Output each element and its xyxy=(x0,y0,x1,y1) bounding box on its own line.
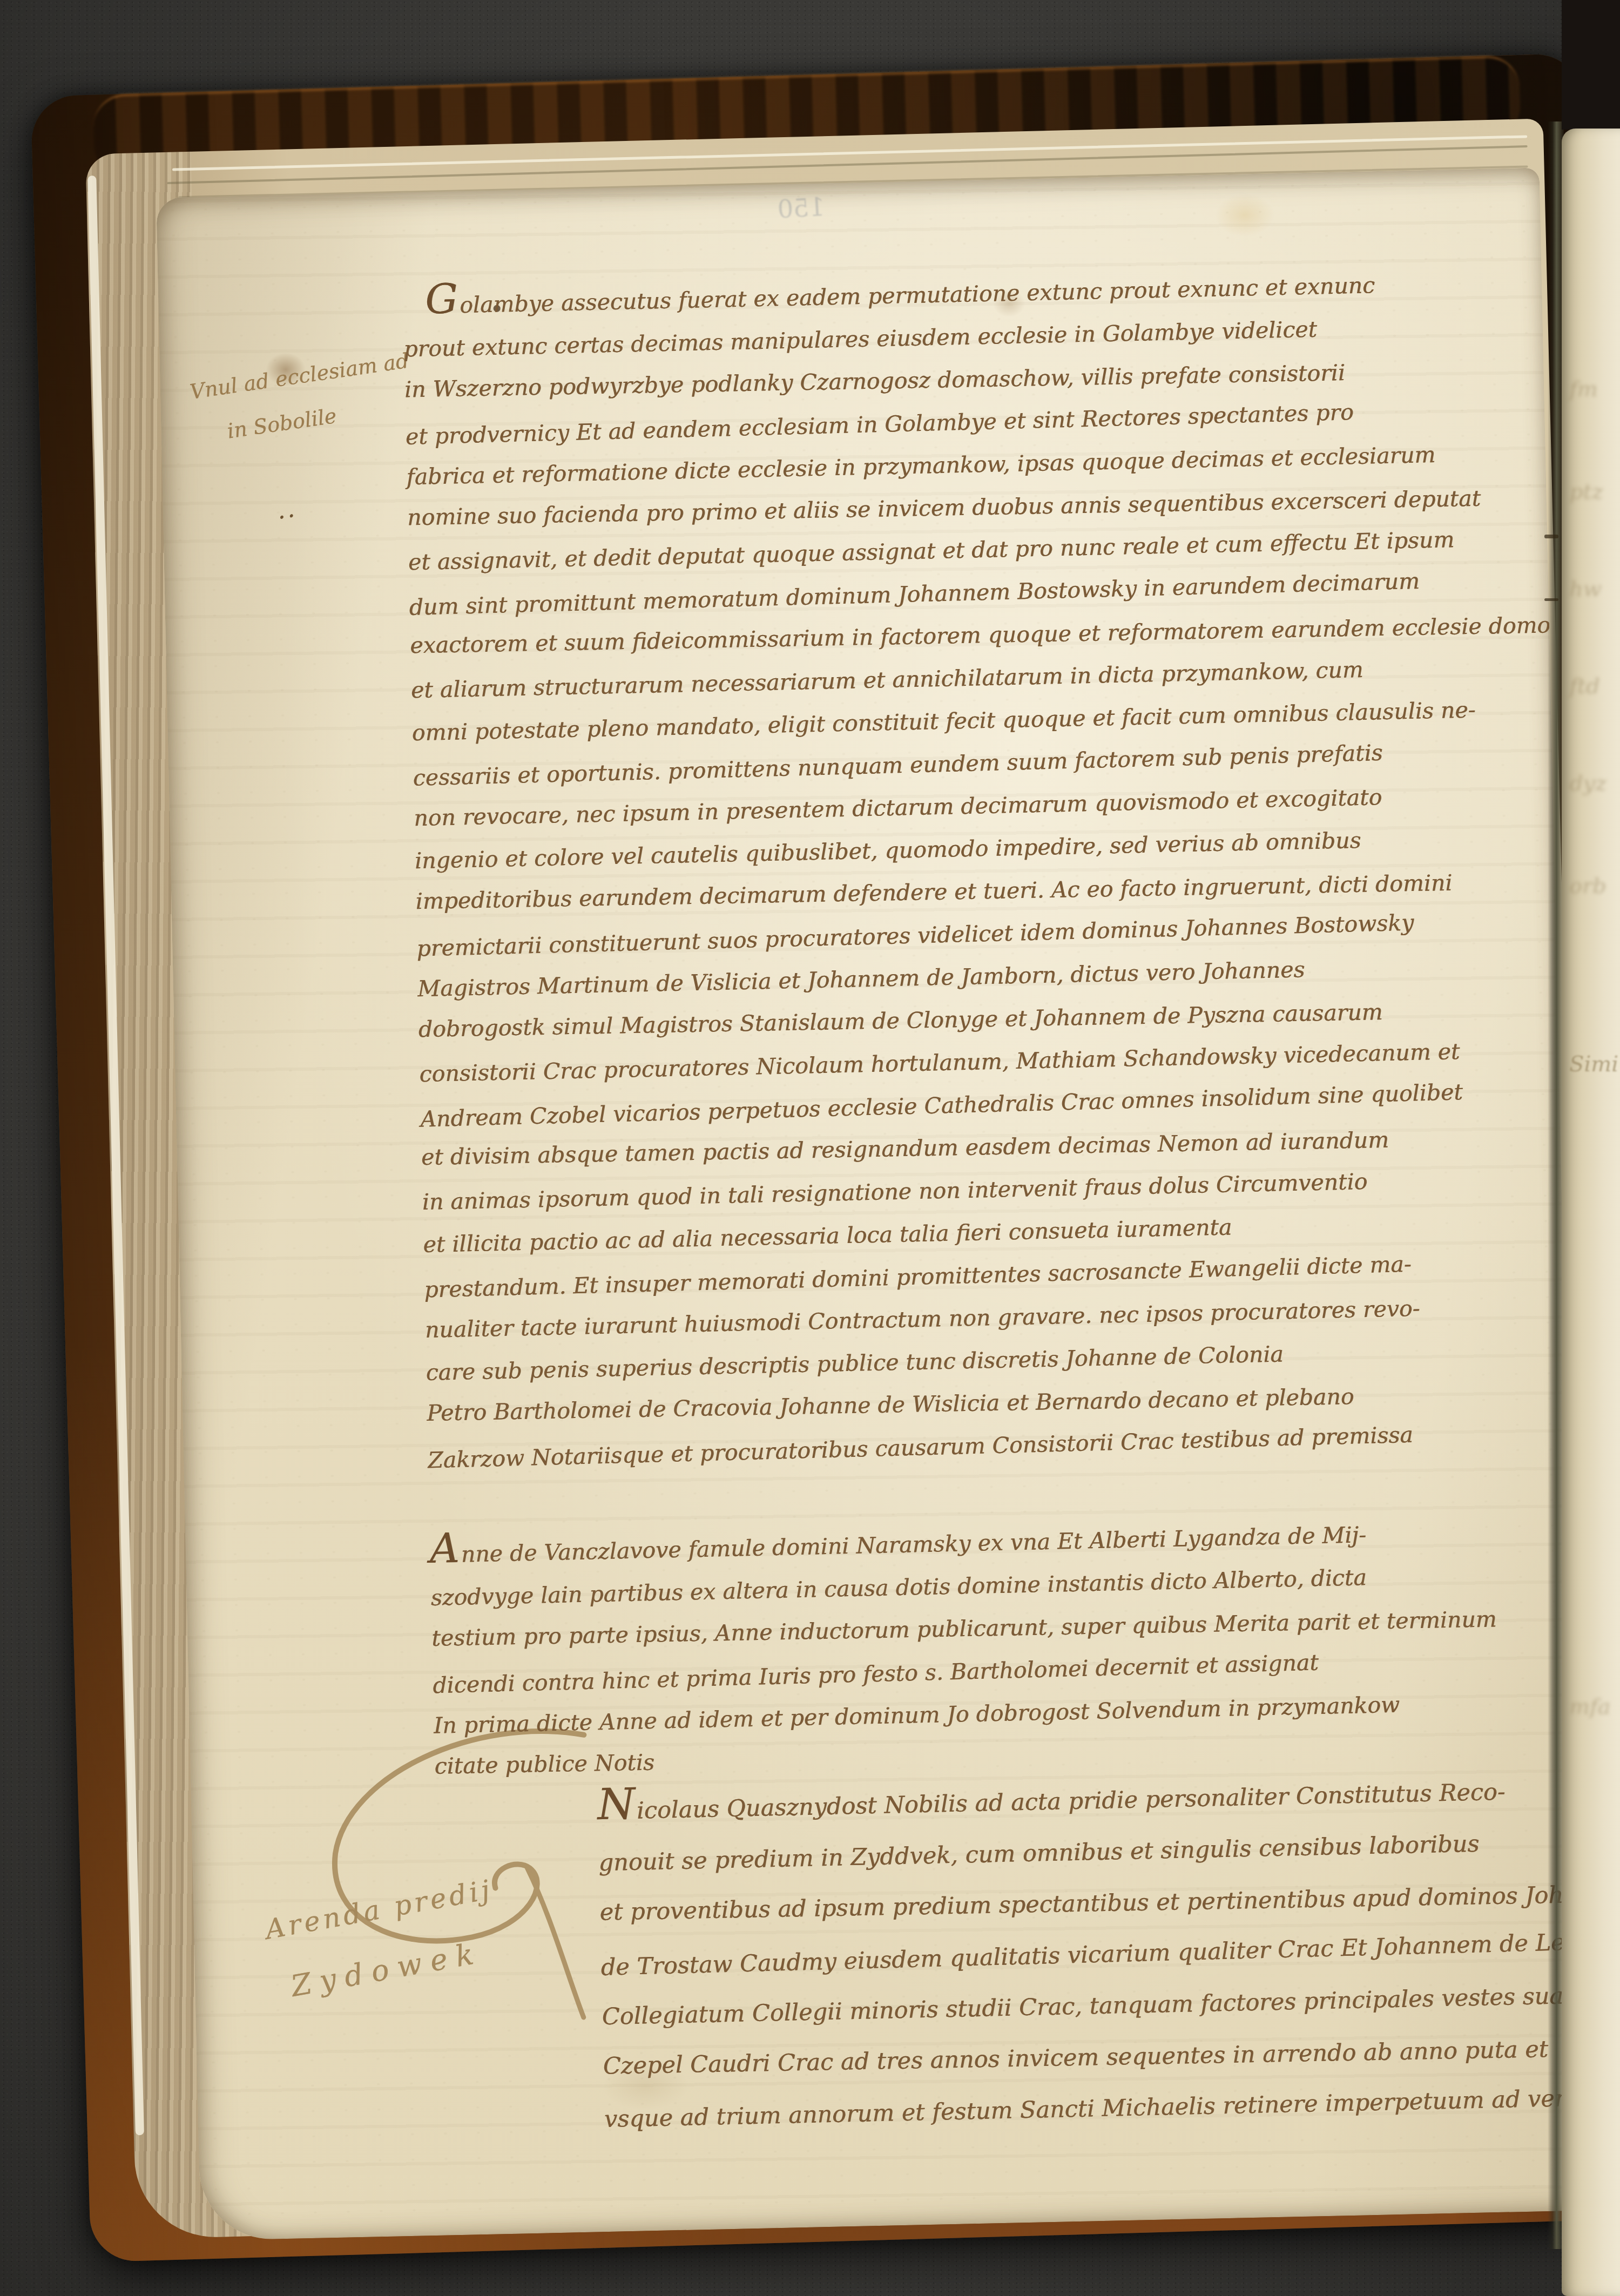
manuscript-line: Czepel Caudri Crac ad tres annos invicem… xyxy=(603,2024,1567,2092)
manuscript-line: fabrica et reformatione dicte ecclesie i… xyxy=(406,431,1533,498)
entry-paragraph: Nicolaus Quasznydost Nobilis ad acta pri… xyxy=(435,1765,1568,2149)
manuscript-line: omni potestate pleno mandato, eligit con… xyxy=(411,687,1538,754)
margin-note-line: Vnul ad ecclesiam ad xyxy=(187,330,471,414)
margin-note-line: Arenda predij xyxy=(260,1842,590,1960)
manuscript-line: testium pro parte ipsius, Anne inductoru… xyxy=(431,1597,1558,1659)
manuscript-line: et illicita pactio ac ad alia necessaria… xyxy=(423,1199,1549,1266)
manuscript-line: gnouit se predium in Zyddvek, cum omnibu… xyxy=(598,1816,1563,1889)
text-block: Golambye assecutus fuerat ex eadem permu… xyxy=(402,261,1569,2149)
manuscript-line: in Wszerzno podwyrzbye podlanky Czarnogo… xyxy=(404,348,1530,411)
bleedthrough-fragment: mfa xyxy=(1569,1694,1611,1719)
manuscript-line: ingenio et colore vel cautelis quibuslib… xyxy=(414,815,1541,882)
bleedthrough-fragment: fm xyxy=(1569,377,1598,402)
bleedthrough-fragment: ptz xyxy=(1569,480,1603,504)
manuscript-line: dicendi contra hinc et prima Iuris pro f… xyxy=(432,1635,1558,1707)
manuscript-line: Golambye assecutus fuerat ex eadem permu… xyxy=(402,261,1529,328)
manuscript-line: premictarii constituerunt suos procurato… xyxy=(416,898,1542,970)
margin-note-church: .. Vnul ad ecclesiam ad in Sobolile xyxy=(187,330,477,458)
manuscript-line: et divisim absque tamen pactis ad resign… xyxy=(421,1116,1547,1179)
gutter-mark xyxy=(1544,535,1558,538)
manuscript-line: et prodvernicy Et ad eandem ecclesiam in… xyxy=(405,386,1531,458)
manuscript-line: Anne de Vanczlavove famule domini Narams… xyxy=(429,1509,1556,1576)
manuscript-line: in animas ipsorum quod in tali resignati… xyxy=(422,1157,1548,1224)
bleedthrough-fragment: Simi xyxy=(1569,1052,1618,1077)
manuscript-line: non revocare, nec ipsum in presentem dic… xyxy=(413,773,1540,840)
manuscript-line: consistorii Crac procuratores Nicolaum h… xyxy=(419,1029,1545,1096)
manuscript-line: care sub penis superius descriptis publi… xyxy=(426,1327,1552,1394)
gutter-top-shadow xyxy=(1562,0,1620,130)
manuscript-line: nualiter tacte iurarunt huiusmodi Contra… xyxy=(424,1285,1551,1352)
manuscript-line: cessariis et oportunis. promittens nunqu… xyxy=(413,727,1539,800)
manuscript-line: dobrogostk simul Magistros Stanislaum de… xyxy=(418,988,1544,1051)
manuscript-line: Collegiatum Collegii minoris studii Crac… xyxy=(602,1970,1567,2043)
margin-note-zydowek: Arenda predij Zydowek xyxy=(260,1842,600,2019)
manuscript-line: de Trostaw Caudmy eiusdem qualitatis vic… xyxy=(600,1917,1565,1994)
gutter-mark xyxy=(1544,598,1558,601)
ink-stain xyxy=(993,289,1025,317)
entry-paragraph: Anne de Vanczlavove famule domini Narams… xyxy=(429,1509,1561,1789)
margin-note-dots: .. xyxy=(274,487,299,533)
manuscript-line: dum sint promittunt memoratum dominum Jo… xyxy=(409,557,1535,629)
bleedthrough-fragment: ftd xyxy=(1569,674,1599,699)
ink-stain xyxy=(602,2061,690,2111)
manuscript-line: impeditoribus earundem decimarum defende… xyxy=(415,860,1542,923)
manuscript-line: Magistros Martinum de Vislicia et Johann… xyxy=(417,943,1543,1010)
manuscript-line: et proventibus ad ipsum predium spectant… xyxy=(599,1870,1564,1939)
manuscript-line: citate publice Notis xyxy=(434,1725,1561,1787)
manuscript-line: prout extunc certas decimas manipulares … xyxy=(403,303,1529,370)
manuscript-line: Nicolaus Quasznydost Nobilis ad acta pri… xyxy=(597,1765,1562,1838)
manuscript-line: In prima dicte Anne ad idem et per domin… xyxy=(433,1680,1560,1747)
manuscript-page: 150 .. Vnul ad ecclesiam ad in Sobolile … xyxy=(156,168,1584,2241)
manuscript-line: et aliarum structurarum necessariarum et… xyxy=(410,645,1537,712)
margin-note-line: Zydowek xyxy=(286,1902,601,2017)
manuscript-line: et assignavit, et dedit deputat quoque a… xyxy=(408,517,1534,584)
manuscript-line: Andream Czobel vicarios perpetuos eccles… xyxy=(420,1069,1546,1141)
manuscript-line: szodvyge lain partibus ex altera in caus… xyxy=(430,1552,1557,1619)
margin-note-line: in Sobolile xyxy=(224,374,477,453)
manuscript-line: exactorem et suum fideicommissarium in f… xyxy=(410,604,1536,667)
manuscript-line: vsque ad trium annorum et festum Sancti … xyxy=(604,2073,1569,2145)
bleedthrough-fragment: dyz xyxy=(1569,771,1606,796)
opposite-page-edge: fmptzhwftddyzorbSimimfa xyxy=(1562,129,1620,2296)
flourish-mark xyxy=(281,1720,639,2030)
manuscript-photo: 150 .. Vnul ad ecclesiam ad in Sobolile … xyxy=(0,0,1620,2296)
bleedthrough-fragment: hw xyxy=(1569,577,1602,602)
ink-stain xyxy=(265,352,306,387)
manuscript-line: nomine suo facienda pro primo et aliis s… xyxy=(407,476,1533,539)
bleedthrough-fragment: orb xyxy=(1569,874,1606,899)
manuscript-line: prestandum. Et insuper memorati domini p… xyxy=(423,1239,1550,1312)
ink-stain xyxy=(494,305,501,312)
manuscript-line: Zakrzow Notariisque et procuratoribus ca… xyxy=(427,1410,1554,1482)
entry-paragraph: Golambye assecutus fuerat ex eadem permu… xyxy=(402,261,1554,1480)
ghost-page-number: 150 xyxy=(777,192,826,224)
ink-stain xyxy=(1214,193,1275,237)
manuscript-line: Petro Bartholomei de Cracovia Johanne de… xyxy=(427,1372,1553,1435)
